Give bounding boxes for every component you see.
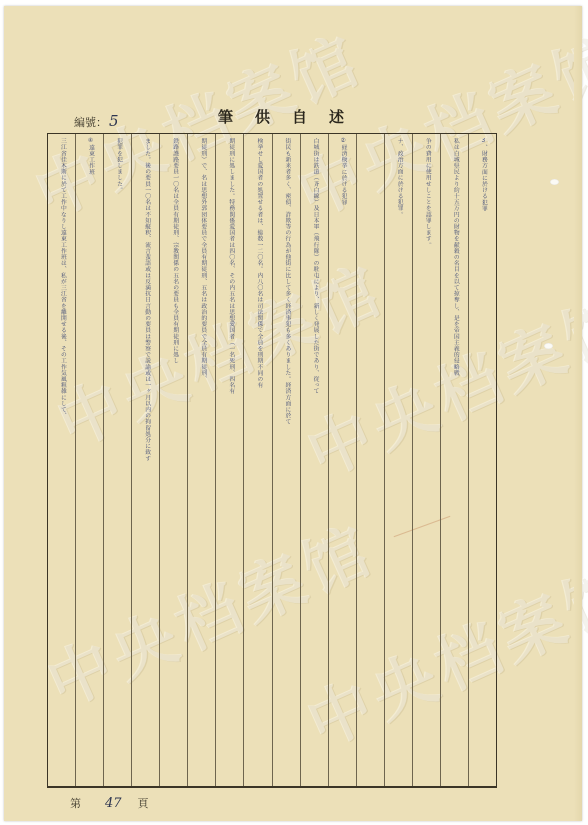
manuscript-column: 期徒刑に処しました。特務関係愛国者は四〇名、その内五名は思想愛国者（一名死刑、四… bbox=[215, 134, 243, 786]
handwritten-line: ました。後の要員一〇名は不知縦釈、流言蜚語或は反満抗日言動の要員は警察で説諭或は… bbox=[143, 138, 149, 786]
manuscript-column: ナ、政治方面に於ける犯罪。 bbox=[384, 134, 412, 786]
punch-hole bbox=[544, 343, 553, 349]
punch-hole bbox=[550, 179, 559, 185]
manuscript-column: ④遠東工作班 bbox=[75, 134, 103, 786]
document-number-label: 編號： bbox=[74, 116, 107, 129]
document-title: 筆供自述 bbox=[218, 106, 366, 127]
manuscript-column: 鉄路護路要員一〇名は全員有期徒刑、宗教関係の五名の要員も全員有期徒刑に処し bbox=[159, 134, 187, 786]
handwritten-line: ナ、政治方面に於ける犯罪。 bbox=[395, 138, 401, 786]
manuscript-column: 期徒刑）で、名は思想外郭団体要員で全員有期徒刑、五名は政治的要員で全員有期徒刑、 bbox=[187, 134, 215, 786]
page-suffix: 頁 bbox=[138, 797, 149, 810]
handwritten-line: 争の費用に使用せしことを認罪します。 bbox=[423, 138, 429, 786]
manuscript-column: 争の費用に使用せしことを認罪します。 bbox=[412, 134, 440, 786]
manuscript-column: 検挙せし愛国者の処置せる者は、総数一二〇名。内八〇名は司法関係で全員を刑期不同の… bbox=[243, 134, 271, 786]
handwritten-line: ④遠東工作班 bbox=[87, 138, 93, 786]
manuscript-column bbox=[356, 134, 384, 786]
handwritten-line: ②経済検挙に於ける犯罪 bbox=[339, 138, 345, 786]
manuscript-grid: 3、財務方面に於ける犯罪私は白城県民より約十五万円の財物を献穀の名目を以て掠奪し… bbox=[47, 133, 497, 788]
handwritten-line: 期徒刑に処しました。特務関係愛国者は四〇名、その内五名は思想愛国者（一名死刑、四… bbox=[227, 138, 233, 786]
manuscript-column: 3、財務方面に於ける犯罪 bbox=[468, 134, 496, 786]
document-number: 編號：5 bbox=[74, 112, 119, 130]
manuscript-column: 犯罪を犯しました。 bbox=[103, 134, 131, 786]
page-footer: 第47頁 bbox=[70, 795, 149, 811]
page-number: 47 bbox=[105, 796, 122, 811]
manuscript-column: 三江省佳木斯に於て工作中なりし遠東工作班は、私が三江省を離開せる後、その工作気風… bbox=[48, 134, 75, 786]
handwritten-line: 犯罪を犯しました。 bbox=[115, 138, 121, 786]
page-prefix: 第 bbox=[70, 797, 81, 810]
document-number-value: 5 bbox=[109, 112, 119, 130]
handwritten-line: 街民も新来者多く、密偵、詐欺等の行為が他街に比して多く経済事犯も多くありました。… bbox=[283, 138, 289, 786]
handwritten-line: 三江省佳木斯に於て工作中なりし遠東工作班は、私が三江省を離開せる後、その工作気風… bbox=[59, 138, 65, 786]
handwritten-line: 白城街は鉄道（斉白線）及日本軍（飛行隊）の駐屯により、新しく発展した街であり、従… bbox=[311, 138, 317, 786]
handwritten-line: 3、財務方面に於ける犯罪 bbox=[480, 138, 486, 786]
handwritten-line: 私は白城県民より約十五万円の財物を献穀の名目を以て掠奪し、是を帝国主義的侵略戦 bbox=[452, 138, 458, 786]
manuscript-column: 街民も新来者多く、密偵、詐欺等の行為が他街に比して多く経済事犯も多くありました。… bbox=[272, 134, 300, 786]
handwritten-line: 検挙せし愛国者の処置せる者は、総数一二〇名。内八〇名は司法関係で全員を刑期不同の… bbox=[255, 138, 261, 786]
handwritten-line: 期徒刑）で、名は思想外郭団体要員で全員有期徒刑、五名は政治的要員で全員有期徒刑、 bbox=[199, 138, 205, 786]
handwritten-line: 鉄路護路要員一〇名は全員有期徒刑、宗教関係の五名の要員も全員有期徒刑に処し bbox=[171, 138, 177, 786]
manuscript-column: 私は白城県民より約十五万円の財物を献穀の名目を以て掠奪し、是を帝国主義的侵略戦 bbox=[440, 134, 468, 786]
manuscript-column: ②経済検挙に於ける犯罪 bbox=[328, 134, 356, 786]
manuscript-column: ました。後の要員一〇名は不知縦釈、流言蜚語或は反満抗日言動の要員は警察で説諭或は… bbox=[131, 134, 159, 786]
manuscript-column: 白城街は鉄道（斉白線）及日本軍（飛行隊）の駐屯により、新しく発展した街であり、従… bbox=[300, 134, 328, 786]
